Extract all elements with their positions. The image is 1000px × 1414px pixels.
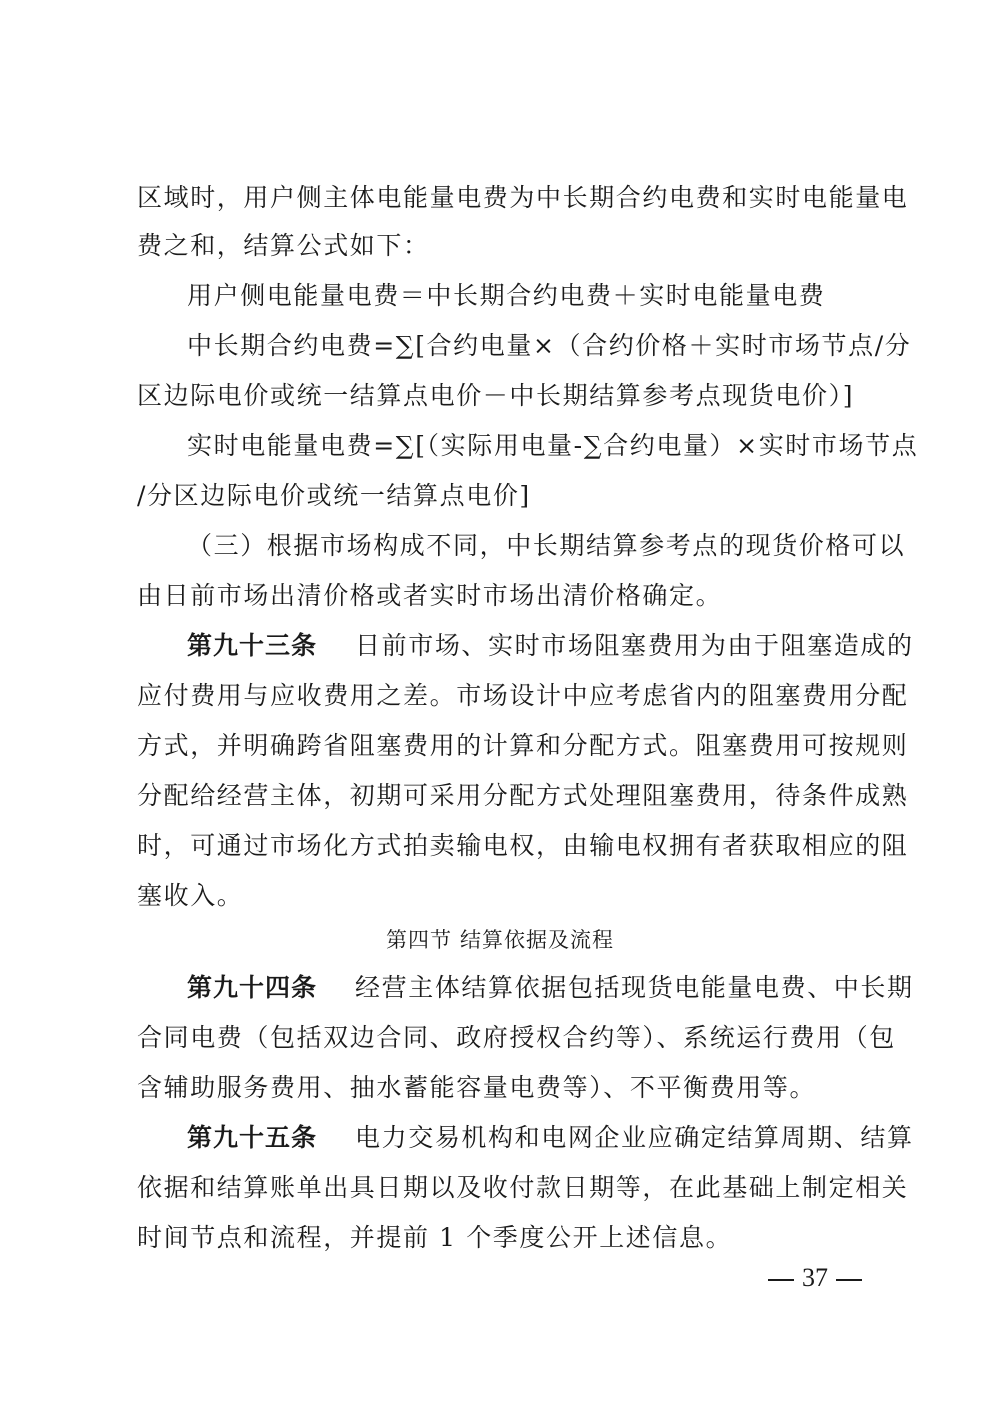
paragraph-line: 费之和，结算公式如下： — [137, 226, 863, 266]
article-94-first-line: 第九十四条经营主体结算依据包括现货电能量电费、中长期 — [187, 968, 863, 1008]
section-heading: 第四节结算依据及流程 — [0, 920, 1000, 960]
article-93-first-line: 第九十三条日前市场、实时市场阻塞费用为由于阻塞造成的 — [187, 626, 863, 666]
page-number: 37 — [760, 1258, 870, 1298]
formula-mid-long-term-fee-cont: 区边际电价或统一结算点电价－中长期结算参考点现货电价）] — [137, 376, 863, 416]
item-three-line: （三）根据市场构成不同，中长期结算参考点的现货价格可以 — [187, 526, 863, 566]
article-94-line: 含辅助服务费用、抽水蓄能容量电费等）、不平衡费用等。 — [137, 1068, 863, 1108]
article-93-text: 日前市场、实时市场阻塞费用为由于阻塞造成的 — [355, 631, 914, 660]
formula-user-energy-fee: 用户侧电能量电费＝中长期合约电费＋实时电能量电费 — [187, 276, 863, 316]
article-95-line: 时间节点和流程，并提前 1 个季度公开上述信息。 — [137, 1218, 863, 1258]
article-93-line: 塞收入。 — [137, 876, 863, 916]
paragraph-line: 区域时，用户侧主体电能量电费为中长期合约电费和实时电能量电 — [137, 178, 863, 218]
article-94-label: 第九十四条 — [187, 973, 317, 1002]
page-number-dash-right — [836, 1279, 862, 1281]
article-93-line: 时，可通过市场化方式拍卖输电权，由输电权拥有者获取相应的阻 — [137, 826, 863, 866]
article-95-line: 依据和结算账单出具日期以及收付款日期等，在此基础上制定相关 — [137, 1168, 863, 1208]
article-95-text: 电力交易机构和电网企业应确定结算周期、结算 — [355, 1123, 914, 1152]
document-page: 区域时，用户侧主体电能量电费为中长期合约电费和实时电能量电 费之和，结算公式如下… — [0, 0, 1000, 1414]
section-number: 第四节 — [386, 928, 452, 952]
article-95-label: 第九十五条 — [187, 1123, 317, 1152]
article-93-line: 方式，并明确跨省阻塞费用的计算和分配方式。阻塞费用可按规则 — [137, 726, 863, 766]
article-94-text: 经营主体结算依据包括现货电能量电费、中长期 — [355, 973, 914, 1002]
section-title: 结算依据及流程 — [460, 928, 614, 952]
page-number-dash-left — [768, 1279, 794, 1281]
page-number-value: 37 — [802, 1263, 828, 1292]
article-93-line: 分配给经营主体，初期可采用分配方式处理阻塞费用，待条件成熟 — [137, 776, 863, 816]
article-93-label: 第九十三条 — [187, 631, 317, 660]
formula-realtime-energy-fee-cont: /分区边际电价或统一结算点电价] — [137, 476, 863, 516]
formula-realtime-energy-fee: 实时电能量电费=∑[（实际用电量-∑合约电量）×实时市场节点 — [187, 426, 863, 466]
article-93-line: 应付费用与应收费用之差。市场设计中应考虑省内的阻塞费用分配 — [137, 676, 863, 716]
article-95-first-line: 第九十五条电力交易机构和电网企业应确定结算周期、结算 — [187, 1118, 863, 1158]
article-94-line: 合同电费（包括双边合同、政府授权合约等）、系统运行费用（包 — [137, 1018, 863, 1058]
item-three-line: 由日前市场出清价格或者实时市场出清价格确定。 — [137, 576, 863, 616]
formula-mid-long-term-fee: 中长期合约电费=∑[合约电量×（合约价格＋实时市场节点/分 — [187, 326, 863, 366]
